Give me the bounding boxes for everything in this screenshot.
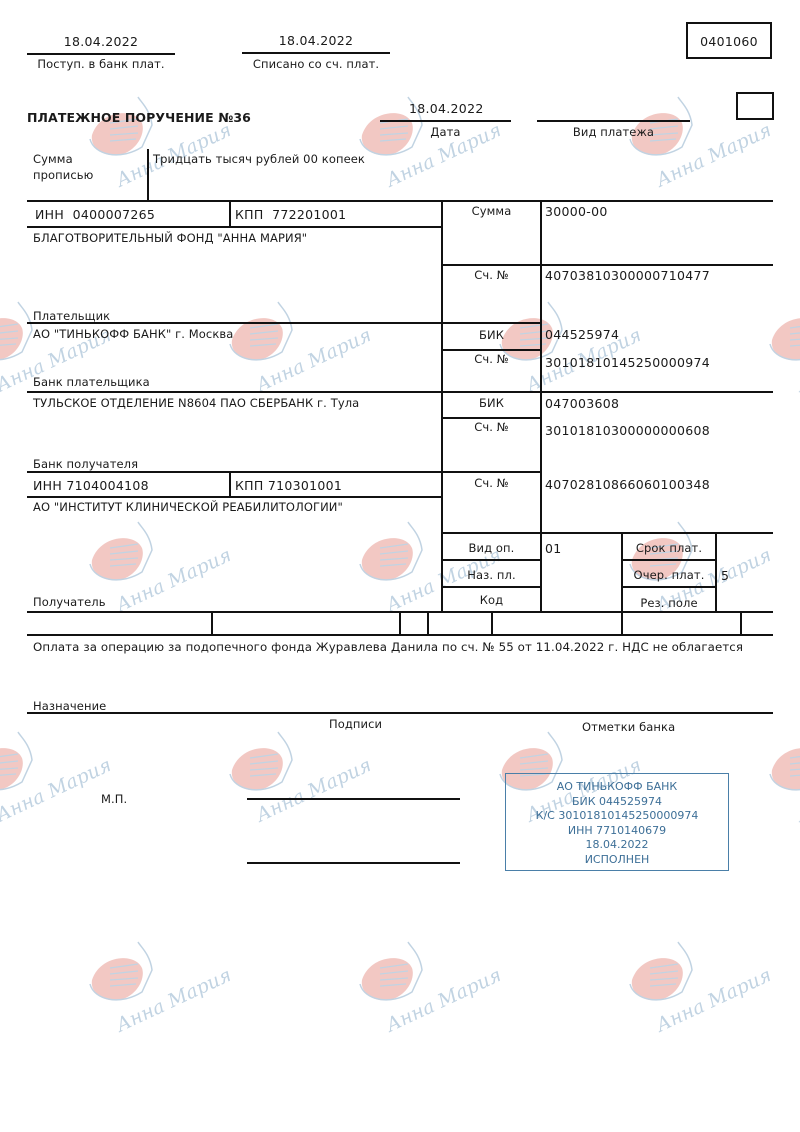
watermark-logo-icon: Анна Мария [80,520,230,640]
stamp-line: ИНН 7710140679 [506,824,728,839]
purpose-text: Оплата за операцию за подопечного фонда … [33,640,743,654]
payer-inn: ИНН 0400007265 [35,207,155,222]
watermark-logo-icon: Анна Мария [620,940,770,1060]
grid-line [491,611,493,635]
payee-label: Получатель [33,595,106,609]
form-code-box: 0401060 [686,22,772,59]
payer-bank-account: 30101810145250000974 [545,355,710,370]
form-code: 0401060 [688,34,770,49]
payee-bank-account: 30101810300000000608 [545,423,710,438]
payee-account-label: Сч. № [443,476,540,490]
payee-bank-bik: 047003608 [545,396,619,411]
svg-text:Анна Мария: Анна Мария [111,964,230,1037]
seal-label: М.П. [101,792,127,806]
stamp-line: К/С 30101810145250000974 [506,809,728,824]
grid-line [27,200,773,202]
purpose-code-label: Наз. пл. [443,568,540,582]
grid-line [27,471,542,473]
stamp-line: АО ТИНЬКОФФ БАНК [506,780,728,795]
grid-line [540,200,542,613]
payee-kpp: КПП 710301001 [235,478,342,493]
watermark-logo-icon: Анна Мария [0,730,110,850]
purpose-label: Назначение [33,699,106,713]
watermark-logo-icon: Анна Мария [350,940,500,1060]
grid-line [27,391,773,393]
grid-line [715,532,717,613]
payee-bank-bik-label: БИК [443,396,540,410]
op-type-label: Вид оп. [443,541,540,555]
date-line [380,120,511,122]
grid-line [27,496,442,498]
grid-line [441,264,773,266]
payee-name: АО "ИНСТИТУТ КЛИНИЧЕСКОЙ РЕАБИЛИТОЛОГИИ" [33,500,343,514]
payer-bank-bik-label: БИК [443,328,540,342]
due-label: Срок плат. [623,541,715,555]
stamp-line: БИК 044525974 [506,795,728,810]
svg-text:Анна Мария: Анна Мария [0,754,110,827]
priority-label: Очер. плат. [623,568,715,582]
svg-text:Анна Мария: Анна Мария [791,754,800,827]
payee-account: 40702810866060100348 [545,477,710,492]
payment-type-label: Вид платежа [537,125,690,139]
grid-line [27,634,773,636]
signature-line-1 [247,798,460,800]
payer-bank-label: Банк плательщика [33,375,150,389]
code-label: Код [443,593,540,607]
grid-line [229,200,231,227]
svg-text:Анна Мария: Анна Мария [381,964,500,1037]
grid-line [427,611,429,635]
svg-text:Анна Мария: Анна Мария [251,324,370,397]
op-type-value: 01 [545,541,562,556]
grid-line [441,586,542,588]
grid-line [441,417,542,419]
signature-line-2 [247,862,460,864]
amount-words-value: Тридцать тысяч рублей 00 копеек [153,152,365,166]
grid-line [621,559,717,561]
grid-line [441,559,542,561]
payee-bank-name: ТУЛЬСКОЕ ОТДЕЛЕНИЕ N8604 ПАО СБЕРБАНК г.… [33,396,359,410]
payer-label: Плательщик [33,309,110,323]
grid-line [621,611,623,635]
svg-text:Анна Мария: Анна Мария [251,754,370,827]
grid-line [441,349,542,351]
debited-label: Списано со сч. плат. [242,57,390,71]
debited-date-line [242,52,390,54]
signatures-label: Подписи [329,717,382,731]
payer-account-label: Сч. № [443,268,540,282]
amount-words-label-1: Сумма [33,152,73,166]
grid-line [211,611,213,635]
payment-type-line [537,120,690,122]
watermark-logo-icon: Анна Мария [760,300,800,420]
grid-line [621,586,717,588]
amount-value: 30000-00 [545,204,608,219]
priority-value: 5 [721,568,729,583]
payer-bank-account-label: Сч. № [443,352,540,366]
payer-name: БЛАГОТВОРИТЕЛЬНЫЙ ФОНД "АННА МАРИЯ" [33,231,307,245]
debited-date: 18.04.2022 [242,33,390,48]
amount-words-divider [147,149,149,201]
grid-line [27,226,442,228]
payment-field-box [736,92,774,120]
svg-text:Анна Мария: Анна Мария [791,324,800,397]
grid-line [229,471,231,497]
watermark-logo-icon: Анна Мария [220,730,370,850]
payer-bank-name: АО "ТИНЬКОФФ БАНК" г. Москва [33,327,233,341]
stamp-line: 18.04.2022 [506,838,728,853]
payee-bank-account-label: Сч. № [443,420,540,434]
svg-text:Анна Мария: Анна Мария [111,544,230,617]
grid-line [740,611,742,635]
date-label: Дата [380,125,511,139]
bank-marks-label: Отметки банка [582,720,675,734]
stamp-line: ИСПОЛНЕН [506,853,728,868]
payer-kpp: КПП 772201001 [235,207,346,222]
grid-line [399,611,401,635]
payer-account: 40703810300000710477 [545,268,710,283]
grid-line [441,532,773,534]
payer-bank-bik: 044525974 [545,327,619,342]
purpose-line [27,712,773,714]
document-date: 18.04.2022 [409,101,484,116]
amount-words-label-2: прописью [33,168,93,182]
amount-label: Сумма [443,204,540,218]
svg-text:Анна Мария: Анна Мария [651,964,770,1037]
reserve-label: Рез. поле [623,596,715,610]
watermark-logo-icon: Анна Мария [80,940,230,1060]
received-label: Поступ. в банк плат. [27,57,175,71]
bank-stamp: АО ТИНЬКОФФ БАНК БИК 044525974 К/С 30101… [505,773,729,871]
document-title: ПЛАТЕЖНОЕ ПОРУЧЕНИЕ №36 [27,110,251,125]
received-date-line [27,53,175,55]
received-date: 18.04.2022 [27,34,175,49]
payee-inn: ИНН 7104004108 [33,478,149,493]
payee-bank-label: Банк получателя [33,457,138,471]
watermark-logo-icon: Анна Мария [760,730,800,850]
